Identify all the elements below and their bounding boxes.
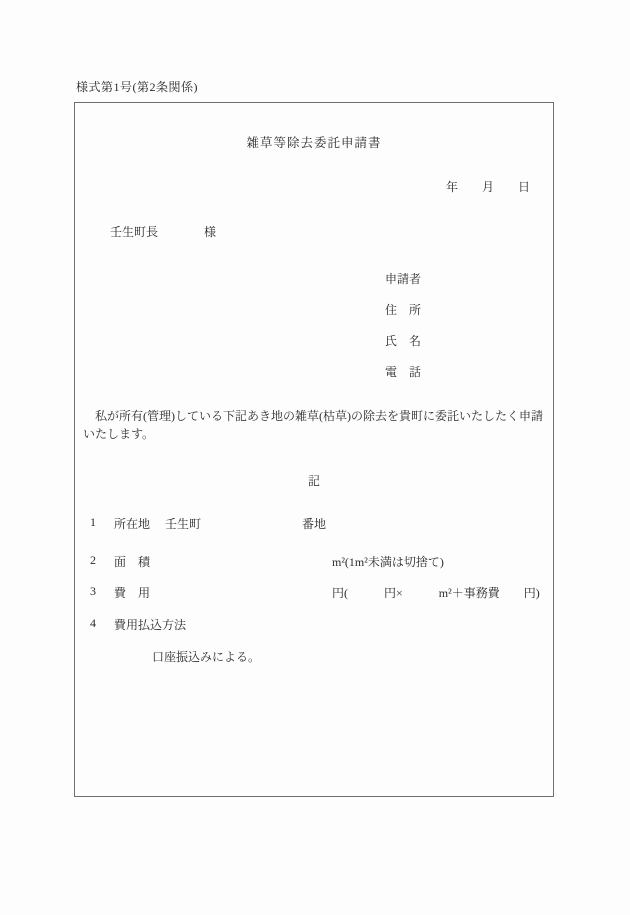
applicant-block: 申請者 住 所 氏 名 電 話 bbox=[385, 272, 421, 396]
item-label: 費 用 bbox=[114, 584, 150, 601]
item-number: 3 bbox=[90, 584, 96, 599]
item-label: 面 積 bbox=[114, 553, 150, 570]
item-row-cost: 3 費 用 円( 円× m²＋事務費 円) bbox=[75, 584, 553, 600]
application-form-box: 雑草等除去委託申請書 年 月 日 壬生町長様 申請者 住 所 氏 名 電 話 私… bbox=[74, 102, 554, 797]
document-page: 様式第1号(第2条関係) 雑草等除去委託申請書 年 月 日 壬生町長様 申請者 … bbox=[0, 0, 630, 915]
item-number: 1 bbox=[90, 515, 96, 530]
payment-method-detail: 口座振込みによる。 bbox=[152, 648, 260, 665]
item-value: 壬生町 bbox=[165, 515, 201, 532]
applicant-heading: 申請者 bbox=[385, 272, 421, 303]
date-line: 年 月 日 bbox=[446, 178, 530, 195]
item-row-location: 1 所在地 壬生町 番地 bbox=[75, 515, 553, 531]
item-label: 所在地 bbox=[114, 515, 150, 532]
item-suffix: m²(1m²未満は切捨て) bbox=[332, 553, 444, 570]
item-row-area: 2 面 積 m²(1m²未満は切捨て) bbox=[75, 553, 553, 569]
item-number: 4 bbox=[90, 616, 96, 631]
body-text: 私が所有(管理)している下記あき地の雑草(枯草)の除去を貴町に委託いたしたく申請… bbox=[83, 407, 545, 443]
applicant-phone-label: 電 話 bbox=[385, 365, 421, 396]
item-suffix: 番地 bbox=[302, 515, 326, 532]
item-label: 費用払込方法 bbox=[114, 616, 186, 633]
form-number: 様式第1号(第2条関係) bbox=[76, 78, 198, 95]
item-suffix: 円( 円× m²＋事務費 円) bbox=[332, 584, 540, 601]
addressee-name: 壬生町長 bbox=[110, 225, 158, 239]
document-title: 雑草等除去委託申請書 bbox=[75, 133, 553, 151]
addressee-line: 壬生町長様 bbox=[110, 223, 216, 240]
item-row-payment-method: 4 費用払込方法 bbox=[75, 616, 553, 632]
list-heading: 記 bbox=[75, 472, 553, 489]
applicant-name-label: 氏 名 bbox=[385, 334, 421, 365]
applicant-address-label: 住 所 bbox=[385, 303, 421, 334]
addressee-honorific: 様 bbox=[204, 225, 216, 239]
item-number: 2 bbox=[90, 553, 96, 568]
